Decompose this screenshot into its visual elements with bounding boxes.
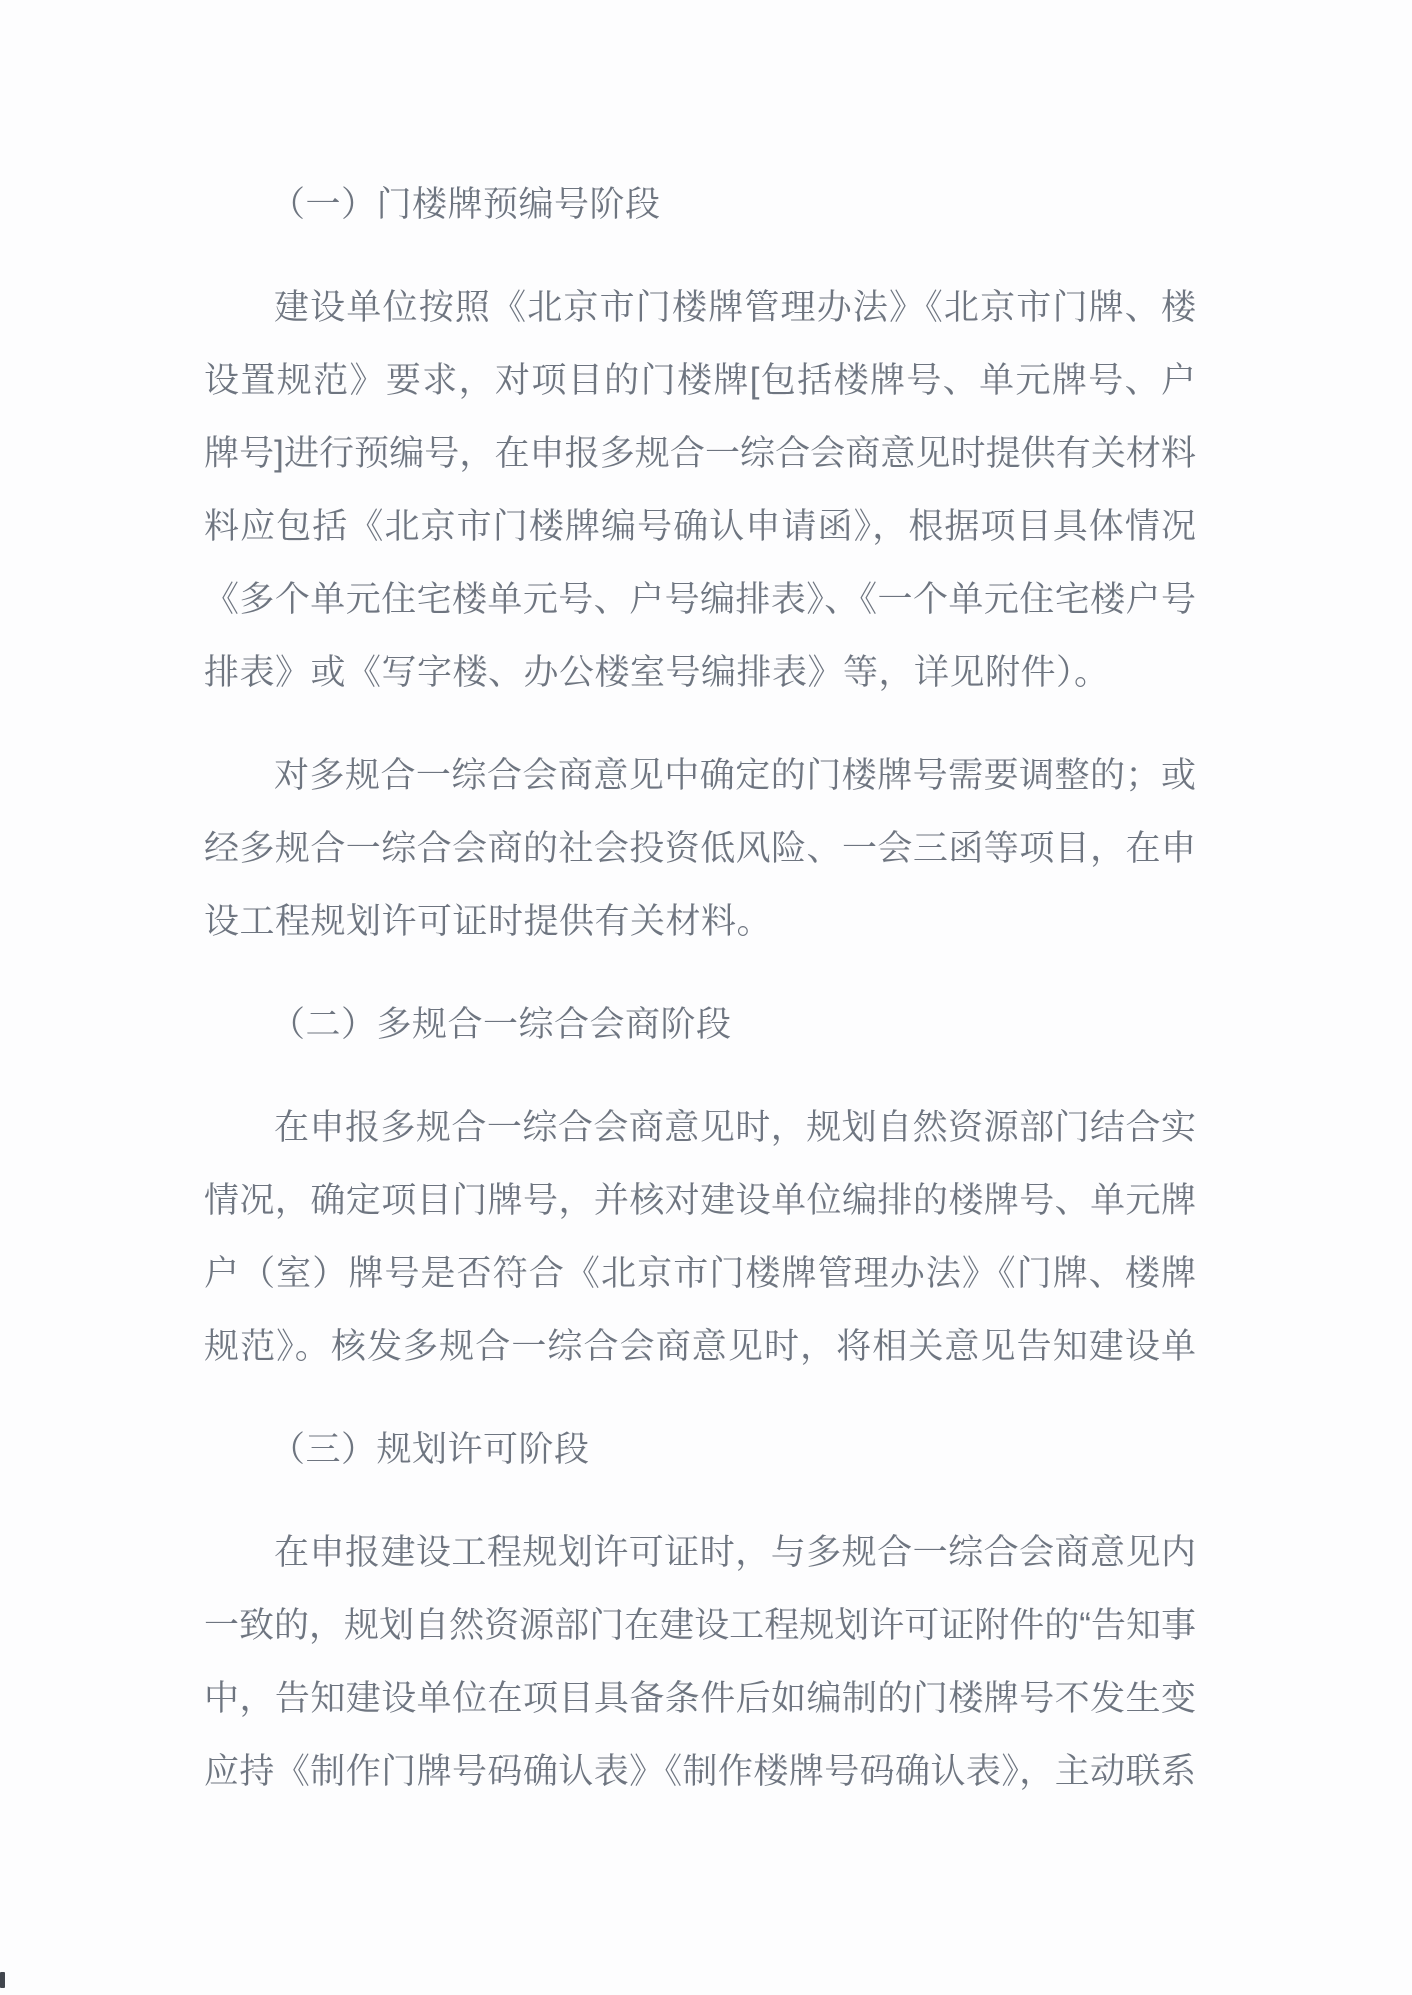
text-line: 料应包括《北京市门楼牌编号确认申请函》，根据项目具体情况提供 — [204, 490, 1196, 563]
text-line: 情况，确定项目门牌号，并核对建设单位编排的楼牌号、单元牌号、 — [204, 1164, 1196, 1237]
text-line: 排表》或《写字楼、办公楼室号编排表》等，详见附件）。 — [204, 636, 1196, 709]
text-line: 设工程规划许可证时提供有关材料。 — [204, 885, 1196, 958]
section-heading: （一）门楼牌预编号阶段 — [204, 168, 1196, 241]
text-line: 户（室）牌号是否符合《北京市门楼牌管理办法》《门牌、楼牌设置 — [204, 1237, 1196, 1310]
section-heading: （二）多规合一综合会商阶段 — [204, 988, 1196, 1061]
heading-line: （一）门楼牌预编号阶段 — [204, 168, 1196, 241]
heading-line: （三）规划许可阶段 — [204, 1413, 1196, 1486]
text-line: 一致的，规划自然资源部门在建设工程规划许可证附件的“告知事项” — [204, 1589, 1196, 1662]
text-line: 中，告知建设单位在项目具备条件后如编制的门楼牌号不发生变化， — [204, 1662, 1196, 1735]
text-line: 设置规范》要求，对项目的门楼牌[包括楼牌号、单元牌号、户（室） — [204, 344, 1196, 417]
text-line: 经多规合一综合会商的社会投资低风险、一会三函等项目，在申报建 — [204, 812, 1196, 885]
document-page: （一）门楼牌预编号阶段建设单位按照《北京市门楼牌管理办法》《北京市门牌、楼牌设置… — [0, 0, 1412, 1995]
scan-artifact-mark — [0, 1972, 5, 1988]
text-line: 牌号]进行预编号，在申报多规合一综合会商意见时提供有关材料（材 — [204, 417, 1196, 490]
text-line: 应持《制作门牌号码确认表》《制作楼牌号码确认表》，主动联系公 — [204, 1735, 1196, 1808]
section-heading: （三）规划许可阶段 — [204, 1413, 1196, 1486]
paragraph: 对多规合一综合会商意见中确定的门楼牌号需要调整的；或未经多规合一综合会商的社会投… — [204, 739, 1196, 958]
text-line: 在申报多规合一综合会商意见时，规划自然资源部门结合实际 — [204, 1091, 1196, 1164]
text-line: 对多规合一综合会商意见中确定的门楼牌号需要调整的；或未 — [204, 739, 1196, 812]
text-line: 建设单位按照《北京市门楼牌管理办法》《北京市门牌、楼牌 — [204, 271, 1196, 344]
paragraph: 建设单位按照《北京市门楼牌管理办法》《北京市门牌、楼牌设置规范》要求，对项目的门… — [204, 271, 1196, 709]
document-content: （一）门楼牌预编号阶段建设单位按照《北京市门楼牌管理办法》《北京市门牌、楼牌设置… — [204, 168, 1196, 1838]
text-line: 规范》。核发多规合一综合会商意见时，将相关意见告知建设单位。 — [204, 1310, 1196, 1383]
paragraph: 在申报多规合一综合会商意见时，规划自然资源部门结合实际情况，确定项目门牌号，并核… — [204, 1091, 1196, 1383]
paragraph: 在申报建设工程规划许可证时，与多规合一综合会商意见内容一致的，规划自然资源部门在… — [204, 1516, 1196, 1808]
text-line: 在申报建设工程规划许可证时，与多规合一综合会商意见内容 — [204, 1516, 1196, 1589]
heading-line: （二）多规合一综合会商阶段 — [204, 988, 1196, 1061]
text-line: 《多个单元住宅楼单元号、户号编排表》、《一个单元住宅楼户号编 — [204, 563, 1196, 636]
